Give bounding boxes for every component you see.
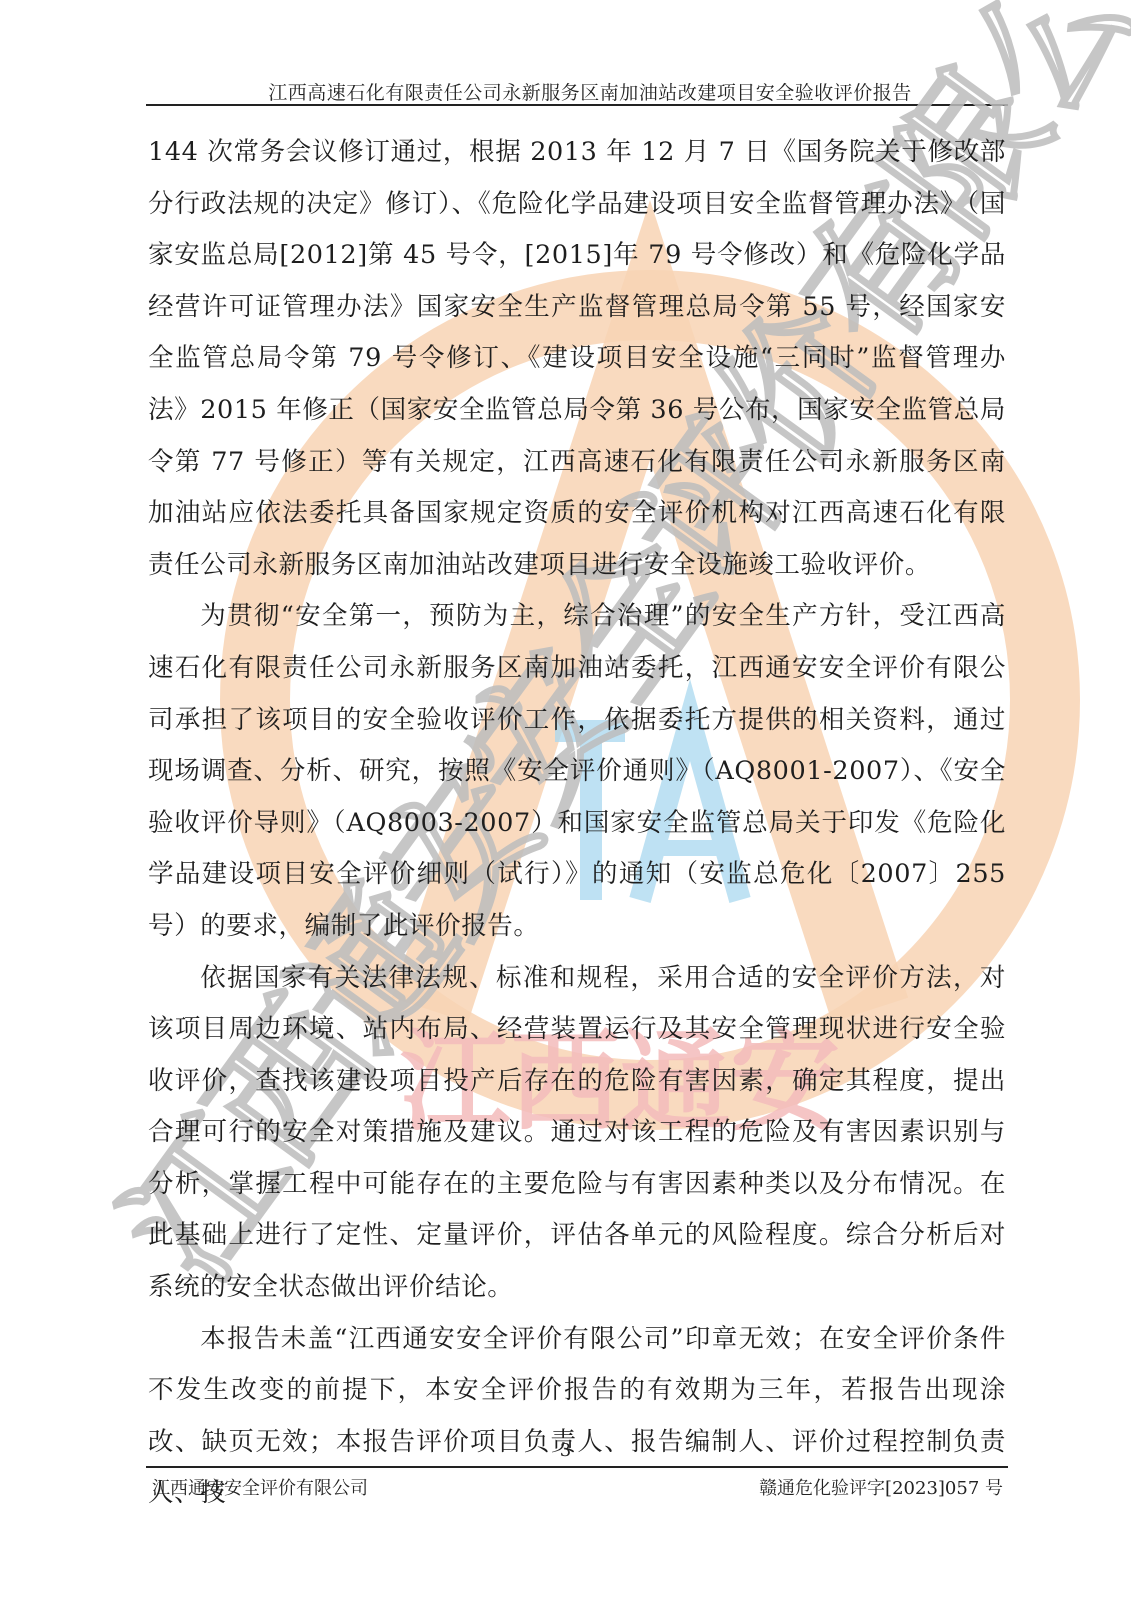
page-number: 3 [0,1440,1131,1461]
paragraph-2: 为贯彻“安全第一，预防为主，综合治理”的安全生产方针，受江西高速石化有限责任公司… [148,591,1006,952]
running-header-title: 江西高速石化有限责任公司永新服务区南加油站改建项目安全验收评价报告 [150,78,1030,105]
paragraph-1: 144 次常务会议修订通过，根据 2013 年 12 月 7 日《国务院关于修改… [148,127,1006,591]
header-divider [146,104,1008,106]
paragraph-4: 本报告未盖“江西通安安全评价有限公司”印章无效；在安全评价条件不发生改变的前提下… [148,1314,1006,1520]
document-body: 144 次常务会议修订通过，根据 2013 年 12 月 7 日《国务院关于修改… [148,127,1006,1520]
paragraph-3: 依据国家有关法律法规、标准和规程，采用合适的安全评价方法，对该项目周边环境、站内… [148,953,1006,1314]
document-page: 江西高速石化有限责任公司永新服务区南加油站改建项目安全验收评价报告 江西通安 江… [0,0,1131,1600]
